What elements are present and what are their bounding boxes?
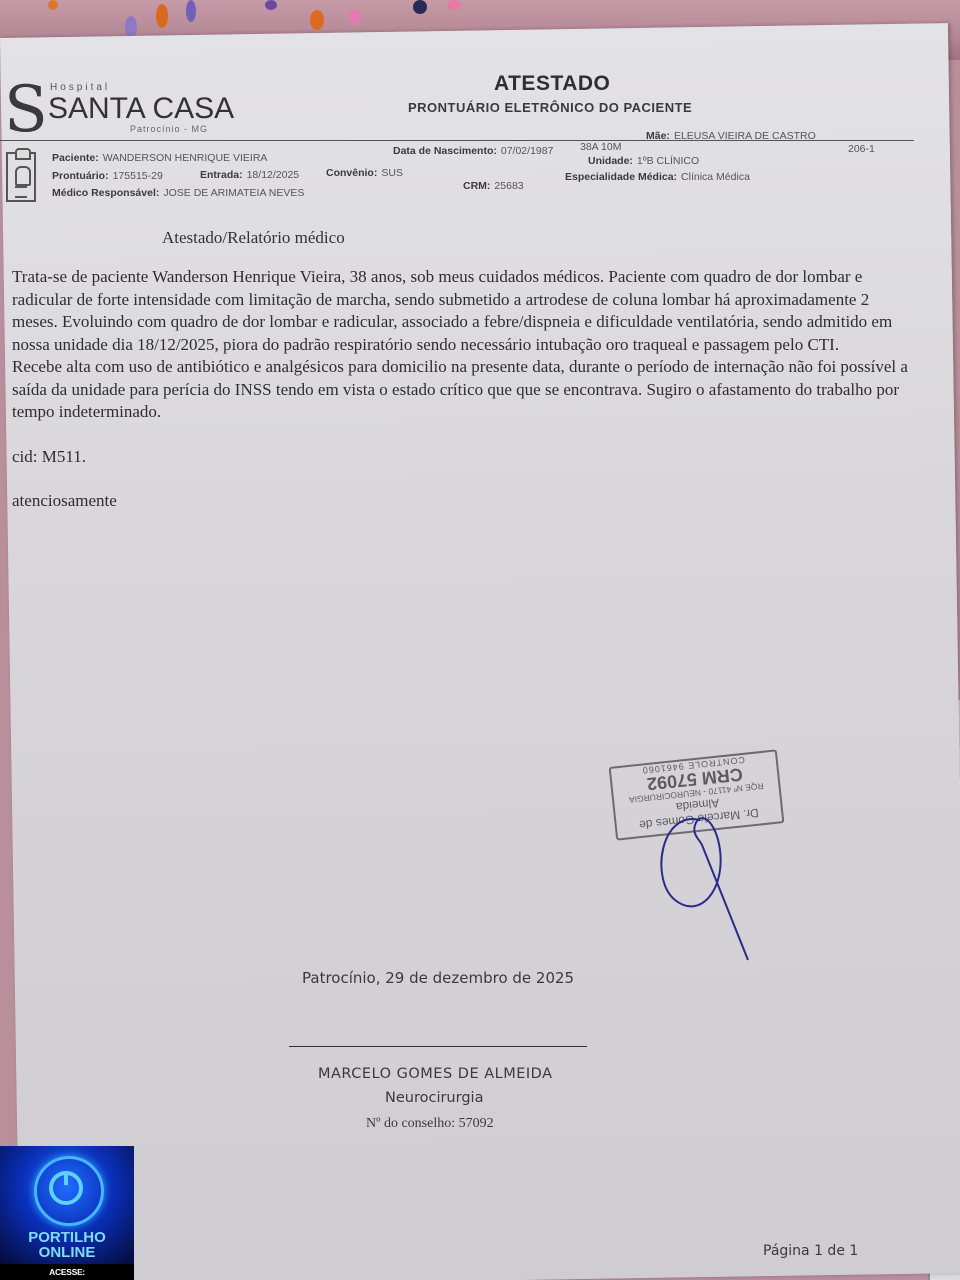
birth-date-field: Data de Nascimento:07/02/1987 xyxy=(393,145,553,157)
place-and-date: Patrocínio, 29 de dezembro de 2025 xyxy=(302,969,574,987)
report-paragraph: Recebe alta com uso de antibiótico e ana… xyxy=(12,356,912,424)
entry-field: Entrada:18/12/2025 xyxy=(200,169,299,181)
report-heading: Atestado/Relatório médico xyxy=(162,228,345,248)
page-number: Página 1 de 1 xyxy=(763,1243,858,1259)
record-field: Prontuário:175515-29 xyxy=(52,170,163,182)
patient-field: Paciente:WANDERSON HENRIQUE VIEIRA xyxy=(52,152,267,164)
cid-code: cid: M511. xyxy=(12,446,912,469)
portilho-online-watermark: PORTILHO ONLINE ACESSE: WWW.PORTILHO.ONL… xyxy=(0,1146,134,1280)
insurance-field: Convênio:SUS xyxy=(326,167,403,179)
hospital-logo-icon: S xyxy=(4,80,44,140)
specialty-field: Especialidade Médica:Clínica Médica xyxy=(565,171,750,183)
signature-line xyxy=(289,1046,587,1047)
power-icon xyxy=(34,1156,104,1226)
mother-field: Mãe:ELEUSA VIEIRA DE CASTRO xyxy=(646,130,816,142)
unit-field: Unidade:1ºB CLÍNICO xyxy=(588,155,699,167)
hospital-city: Patrocínio - MG xyxy=(130,124,208,134)
document-title: ATESTADO xyxy=(494,72,610,96)
responsible-doctor-field: Médico Responsável:JOSE DE ARIMATEIA NEV… xyxy=(52,187,304,199)
closing-text: atenciosamente xyxy=(12,490,912,513)
handwritten-signature xyxy=(640,790,790,970)
hospital-name: SANTA CASA xyxy=(48,92,234,126)
crm-field: CRM:25683 xyxy=(463,180,524,192)
room-value: 206-1 xyxy=(848,143,875,155)
report-body: Trata-se de paciente Wanderson Henrique … xyxy=(12,254,912,513)
patient-clipboard-icon xyxy=(6,152,36,202)
council-number: Nº do conselho: 57092 xyxy=(366,1116,494,1132)
age-value: 38A 10M xyxy=(580,141,621,153)
document-subtitle: PRONTUÁRIO ELETRÔNICO DO PACIENTE xyxy=(408,100,692,115)
signing-doctor-specialty: Neurocirurgia xyxy=(385,1090,483,1106)
watermark-site: ACESSE: WWW.PORTILHO.ONLINE xyxy=(0,1264,134,1280)
signing-doctor-name: MARCELO GOMES DE ALMEIDA xyxy=(318,1066,553,1082)
report-paragraph: Trata-se de paciente Wanderson Henrique … xyxy=(12,266,912,356)
